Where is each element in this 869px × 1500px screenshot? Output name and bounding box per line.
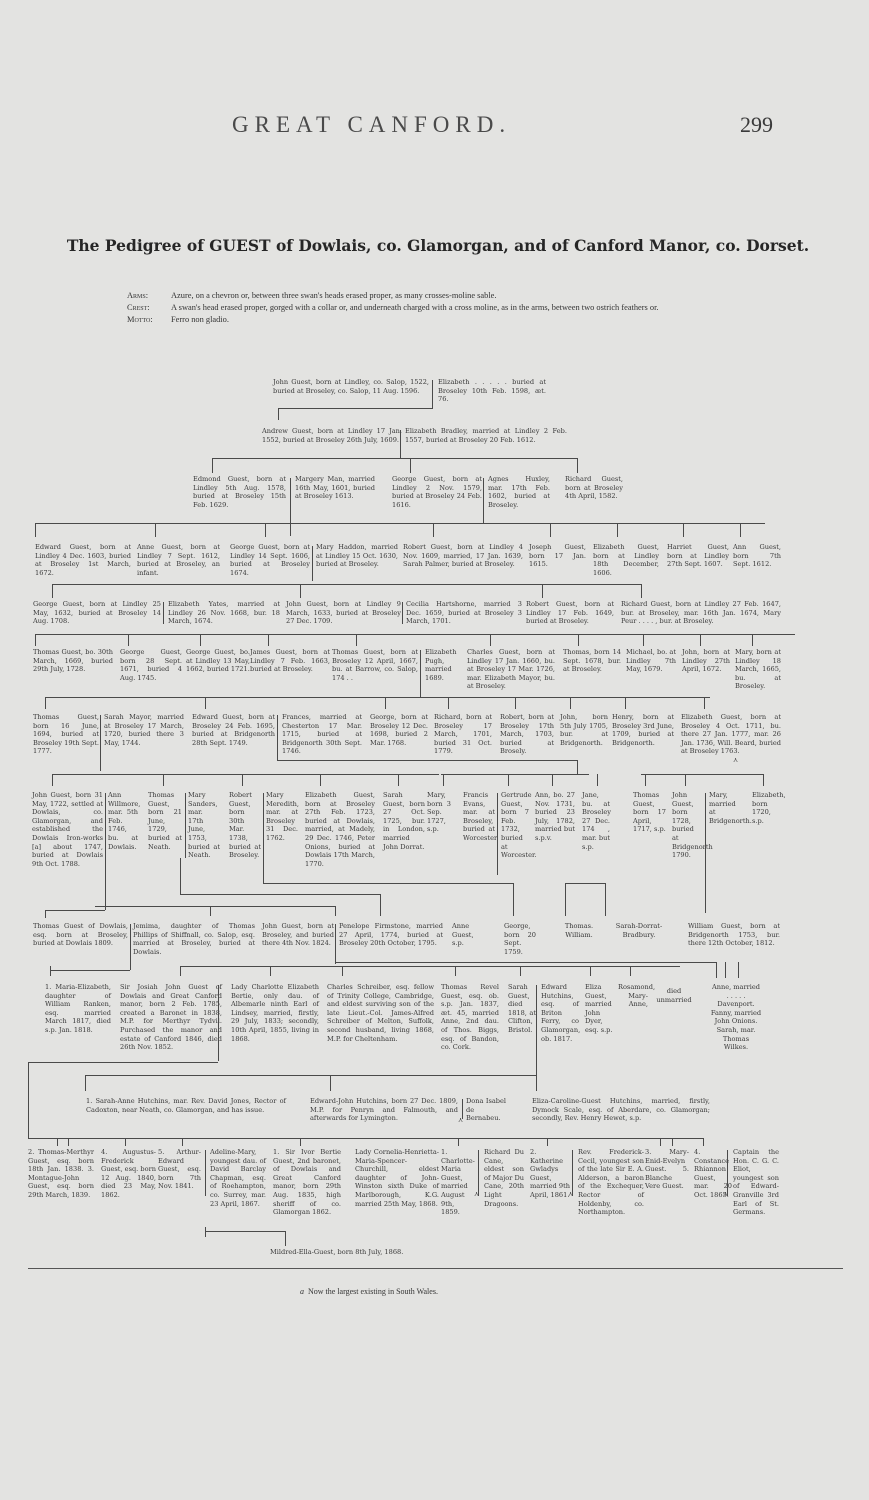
pedigree-connector-line — [57, 1138, 58, 1146]
pedigree-connector-line — [565, 883, 566, 916]
pedigree-connector-line — [212, 458, 213, 473]
person-entry: George Guest, born at Lindley 2 Nov. 157… — [392, 475, 482, 509]
pedigree-connector-line — [277, 715, 278, 760]
person-entry: 4. Augustus-Frederick Guest, esq. born 1… — [101, 1148, 156, 1200]
pedigree-connector-line — [536, 1065, 537, 1075]
footnote-text: Now the largest existing in South Wales. — [308, 1287, 438, 1296]
pedigree-connector-line — [105, 863, 106, 910]
note-entry: died unmarried — [656, 987, 692, 1004]
pedigree-connector-line — [263, 883, 513, 884]
person-entry: George Guest, born at Lindley 14 Sept. 1… — [230, 543, 310, 577]
pedigree-connector-line — [205, 1231, 285, 1232]
person-entry: Robert Guest, born at Lindley 17 Feb. 16… — [526, 600, 614, 626]
crest-text: A swan's head erased proper, gorged with… — [171, 302, 659, 314]
pedigree-connector-line — [536, 985, 537, 1065]
pedigree-connector-line — [356, 634, 357, 646]
pedigree-connector-line — [278, 408, 279, 420]
person-entry: Thomas Guest, born at Broseley 12 April,… — [332, 648, 418, 682]
issue-mark-icon: ⋏ — [458, 1116, 463, 1124]
pedigree-connector-line — [285, 1231, 286, 1246]
person-entry: Thomas Guest, born 16 June, 1694, buried… — [33, 713, 99, 756]
person-entry: John Guest, born 1728, buried at Bridgen… — [672, 791, 702, 860]
pedigree-title: The Pedigree of GUEST of Dowlais, co. Gl… — [58, 236, 818, 255]
person-entry: Ann, bo. 27 Nov. 1731, buried 23 July, 1… — [535, 791, 575, 843]
pedigree-connector-line — [242, 774, 243, 786]
spouse-entry: Mary Sanders, mar. 17th June, 1753, buri… — [188, 791, 220, 860]
person-entry: James Guest, born at Lindley 7 Feb. 1663… — [250, 648, 330, 674]
person-entry: Richard Guest, born at Lindley 27 Feb. 1… — [621, 600, 781, 626]
person-entry: John Guest, born at Lindley, co. Salop, … — [273, 378, 429, 395]
pedigree-connector-line — [590, 966, 591, 976]
spouse-entry: Mary, married at Bridgenorth. — [709, 791, 743, 825]
arms-label: Arms: — [127, 290, 171, 302]
motto-text: Ferro non gladio. — [171, 314, 229, 326]
pedigree-connector-line — [455, 966, 456, 976]
pedigree-connector-line — [28, 1062, 218, 1063]
pedigree-connector-line — [443, 774, 444, 786]
pedigree-connector-line — [180, 858, 181, 894]
person-entry: Francis Evans, mar. at Broseley, buried … — [463, 791, 495, 843]
person-entry: John, born 5th July 1705, bur. at Bridge… — [560, 713, 608, 747]
person-entry: Michael, bo. at Lindley 7th May, 1679. — [626, 648, 676, 674]
pedigree-connector-line — [130, 924, 131, 970]
pedigree-connector-line — [35, 634, 795, 635]
person-entry: John Guest, born 31 May, 1722, settled a… — [32, 791, 103, 868]
pedigree-connector-line — [210, 906, 211, 916]
pedigree-connector-line — [312, 546, 313, 581]
pedigree-connector-line — [577, 760, 578, 774]
spouse-entry: Mary Meredith, mar. at Broseley 31 Dec. … — [266, 791, 298, 843]
heraldry-block: Arms:Azure, on a chevron or, between thr… — [127, 290, 782, 326]
pedigree-connector-line — [630, 966, 631, 976]
pedigree-connector-line — [490, 634, 491, 646]
pedigree-connector-line — [335, 924, 336, 964]
spouse-entry: Dona Isabel de Bernabeu. — [466, 1097, 506, 1123]
pedigree-connector-line — [513, 883, 514, 916]
pedigree-connector-line — [605, 883, 606, 916]
pedigree-connector-line — [100, 715, 101, 771]
person-entry: Sir Josiah John Guest of Dowlais and Gre… — [120, 983, 222, 1052]
person-entry: George, born at Broseley 12 Dec. 1698, b… — [370, 713, 428, 747]
pedigree-connector-line — [385, 697, 386, 709]
person-entry: Mildred-Ella-Guest, born 8th July, 1868. — [270, 1248, 470, 1257]
pedigree-connector-line — [290, 478, 291, 536]
person-entry: Thomas Guest of Dowlais, esq. born at Br… — [33, 922, 128, 948]
person-entry: 1. Sarah-Anne Hutchins, mar. Rev. David … — [86, 1097, 286, 1114]
person-entry: John Guest, born at Lindley 9 March, 163… — [286, 600, 401, 626]
pedigree-connector-line — [763, 774, 764, 786]
spouse-entry: Adeline-Mary, youngest dau. of David Bar… — [210, 1148, 266, 1208]
pedigree-connector-line — [163, 602, 164, 624]
pedigree-connector-line — [85, 1075, 537, 1076]
pedigree-connector-line — [398, 774, 399, 786]
spouse-entry: Lady Charlotte Elizabeth Bertie, only da… — [231, 983, 319, 1043]
pedigree-connector-line — [180, 966, 181, 976]
person-entry: Mary, born 3 Sep. 1727, s.p. — [427, 791, 451, 834]
spouse-entry: Edward Hutchins, esq. of Briton Ferry, c… — [541, 983, 579, 1043]
pedigree-connector-line — [700, 634, 701, 646]
pedigree-connector-line — [380, 894, 381, 916]
person-entry: 3. Mary-Enid-Evelyn Guest. 5. Blanche Ve… — [645, 1148, 689, 1191]
person-entry: Harriet Guest, born at Lindley 27th Sept… — [667, 543, 729, 569]
pedigree-connector-line — [617, 523, 618, 537]
person-entry: Anne, married . . . . . Davenport. Fanny… — [710, 983, 762, 1052]
person-entry: 1. Sir Ivor Bertie Guest, 2nd baronet, o… — [273, 1148, 341, 1217]
spouse-entry: Jemima, daughter of Thomas Phillips of S… — [133, 922, 255, 956]
pedigree-connector-line — [441, 774, 589, 775]
pedigree-connector-line — [85, 1075, 86, 1091]
pedigree-connector-line — [265, 523, 266, 537]
spouse-entry: Agnes Huxley, mar. 17th Feb. 1602, burie… — [488, 475, 550, 509]
footnote-mark: a — [300, 1287, 304, 1296]
pedigree-connector-line — [125, 1138, 126, 1146]
pedigree-connector-line — [270, 966, 271, 976]
pedigree-connector-line — [278, 408, 433, 409]
person-entry: Richard Guest, born at Broseley 4th Apri… — [565, 475, 623, 501]
pedigree-connector-line — [52, 774, 439, 775]
pedigree-connector-line — [740, 523, 741, 537]
pedigree-connector-line — [35, 634, 36, 646]
pedigree-connector-line — [497, 793, 498, 875]
person-entry: Sarah-Dorrat-Bradbury. — [610, 922, 668, 939]
person-entry: George Guest, bo. at Lindley 13 May, 166… — [186, 648, 250, 674]
person-entry: William Guest, born at Bridgenorth 1753,… — [688, 922, 780, 948]
person-entry: Edward Guest, born at Lindley 4 Dec. 160… — [35, 543, 131, 577]
pedigree-connector-line — [703, 1138, 704, 1146]
spouse-entry: Penelope Firmstone, married 27 April, 17… — [339, 922, 443, 948]
pedigree-connector-line — [400, 430, 401, 458]
pedigree-connector-line — [565, 883, 605, 884]
person-entry: Henry, born at Broseley 3rd June, 1709, … — [612, 713, 674, 747]
pedigree-connector-line — [542, 584, 543, 598]
person-entry: Eliza Guest, married John Dyer, esq. s.p… — [585, 983, 613, 1035]
person-entry: Sarah Guest, died 1818, at Clifton, Bris… — [508, 983, 536, 1035]
person-entry: Richard, born at Broseley 17 March, 1701… — [434, 713, 492, 756]
pedigree-connector-line — [683, 523, 684, 537]
pedigree-connector-line — [28, 1062, 29, 1138]
pedigree-connector-line — [738, 962, 739, 978]
pedigree-connector-line — [550, 523, 551, 537]
pedigree-connector-line — [68, 1138, 69, 1146]
person-entry: Edward-John Hutchins, born 27 Dec. 1809,… — [310, 1097, 458, 1123]
pedigree-connector-line — [704, 697, 705, 709]
person-entry: Elizabeth Guest, born at Broseley 27th F… — [305, 791, 375, 868]
spouse-entry: Gertrude Guest, born 7 Feb. 1732, buried… — [501, 791, 529, 860]
pedigree-connector-line — [45, 697, 46, 709]
person-entry: Thomas. William. — [561, 922, 597, 939]
person-entry: Thomas Guest, born 17 April, 1717, s.p. — [633, 791, 666, 834]
issue-mark-icon: ⋏ — [474, 1190, 479, 1198]
footnote: aNow the largest existing in South Wales… — [300, 1287, 438, 1296]
pedigree-connector-line — [752, 634, 753, 646]
pedigree-connector-line — [410, 458, 411, 473]
pedigree-connector-line — [597, 774, 598, 786]
person-entry: 2. Thomas-Merthyr Guest, esq. born 18th … — [28, 1148, 94, 1200]
person-entry: George Guest, born 28 Sept. 1671, buried… — [120, 648, 182, 682]
pedigree-connector-line — [205, 1150, 206, 1196]
issue-mark-icon: ⋏ — [723, 1190, 728, 1198]
person-entry: 1. Maria-Elizabeth, daughter of William … — [45, 983, 111, 1035]
person-entry: Thomas Revel Guest, esq. ob. s.p. Jan. 1… — [441, 983, 499, 1052]
person-entry: George, born 20 Sept. 1759. — [504, 922, 536, 956]
pedigree-connector-line — [45, 910, 105, 911]
person-entry: Anne Guest, born at Lindley 7 Sept. 1612… — [137, 543, 220, 577]
person-entry: Robert Guest, born at Lindley 4 Nov. 160… — [403, 543, 523, 569]
pedigree-connector-line — [433, 523, 434, 537]
pedigree-connector-line — [185, 793, 186, 858]
person-entry: 5. Arthur-Edward Guest, esq. born 7th No… — [158, 1148, 201, 1191]
pedigree-connector-line — [420, 650, 421, 697]
pedigree-connector-line — [578, 634, 579, 646]
spouse-entry: Sarah Mayor, married at Broseley 17 Marc… — [104, 713, 184, 747]
spouse-entry: Charles Schreiber, esq. fellow of Trinit… — [327, 983, 434, 1043]
spouse-entry: Lady Cornelia-Henrietta-Maria-Spencer-Ch… — [355, 1148, 439, 1208]
pedigree-connector-line — [643, 634, 644, 646]
pedigree-connector-line — [155, 523, 156, 537]
pedigree-connector-line — [180, 966, 680, 967]
spouse-entry: Elizabeth Bradley, married at Lindley 2 … — [405, 427, 567, 444]
person-entry: Ann Guest, born 7th Sept. 1612. — [733, 543, 781, 569]
person-entry: Edmond Guest, born at Lindley 5th Aug. 1… — [193, 475, 286, 509]
person-entry: Thomas, born 14 Sept. 1678, bur. at Bros… — [563, 648, 621, 674]
pedigree-connector-line — [300, 1138, 301, 1146]
person-entry: Robert Guest, born 30th Mar. 1738, burie… — [229, 791, 261, 860]
spouse-entry: Mary Haddon, married at Lindley 15 Oct. … — [316, 543, 398, 569]
pedigree-connector-line — [180, 894, 380, 895]
pedigree-connector-line — [725, 962, 726, 978]
pedigree-connector-line — [300, 584, 301, 598]
running-title: GREAT CANFORD. — [232, 112, 511, 138]
issue-mark-icon: ⋏ — [733, 756, 738, 764]
person-entry: Thomas Guest, born 21 June, 1729, buried… — [148, 791, 182, 851]
person-entry: Elizabeth, born 1720, s.p. — [752, 791, 780, 825]
person-entry: Rosamond, Mary-Anne, — [618, 983, 648, 1009]
pedigree-connector-line — [705, 793, 706, 913]
pedigree-connector-line — [205, 697, 206, 709]
pedigree-connector-line — [645, 774, 646, 786]
pedigree-connector-line — [28, 1138, 703, 1139]
pedigree-connector-line — [641, 584, 642, 598]
pedigree-connector-line — [483, 478, 484, 523]
pedigree-connector-line — [163, 774, 164, 786]
crest-label: Crest: — [127, 302, 171, 314]
pedigree-connector-line — [342, 966, 343, 976]
person-entry: Joseph Guest, born 17 Jan. 1615. — [529, 543, 586, 569]
person-entry: Robert, born at Broseley 17th March, 170… — [500, 713, 554, 756]
pedigree-connector-line — [577, 458, 578, 473]
pedigree-connector-line — [432, 380, 433, 408]
pedigree-connector-line — [672, 1138, 673, 1146]
person-entry: Edward Guest, born at Broseley 24 Feb. 1… — [192, 713, 275, 747]
pedigree-connector-line — [520, 966, 521, 976]
pedigree-connector-line — [547, 1138, 548, 1146]
pedigree-connector-line — [277, 760, 577, 761]
pedigree-connector-line — [685, 774, 686, 786]
pedigree-connector-line — [52, 584, 642, 585]
pedigree-connector-line — [552, 774, 553, 786]
person-entry: John Guest, born at Broseley, and buried… — [262, 922, 334, 948]
person-entry: Eliza-Caroline-Guest Hutchins, married, … — [532, 1097, 710, 1123]
pedigree-connector-line — [52, 584, 53, 598]
person-entry: Sarah Guest, born 27 Oct. 1725, bur. in … — [383, 791, 425, 851]
arms-text: Azure, on a chevron or, between three sw… — [171, 290, 496, 302]
spouse-entry: Captain the Hon. C. G. C. Eliot, younges… — [733, 1148, 779, 1217]
spouse-entry: Ann Willmore, mar. 5th Feb. 1746, bu. at… — [108, 791, 138, 851]
page-number: 299 — [740, 112, 773, 138]
pedigree-connector-line — [212, 458, 578, 459]
pedigree-connector-line — [35, 523, 36, 537]
pedigree-connector-line — [536, 1075, 537, 1091]
spouse-entry: Frances, married at Chesterton 17 Mar. 1… — [282, 713, 362, 756]
person-entry: Andrew Guest, born at Lindley 17 Jan. 15… — [262, 427, 402, 444]
spouse-entry: Richard Du Cane, eldest son of Major Du … — [484, 1148, 524, 1208]
pedigree-connector-line — [515, 697, 516, 709]
spouse-entry: Elizabeth Pugh, married 1689. — [425, 648, 463, 682]
person-entry: 2. Katherine Gwladys Guest, married 9th … — [530, 1148, 570, 1200]
pedigree-connector-line — [335, 906, 336, 916]
pedigree-connector-line — [268, 634, 269, 646]
pedigree-connector-line — [182, 1138, 183, 1146]
pedigree-connector-line — [625, 697, 626, 709]
pedigree-connector-line — [218, 985, 219, 1061]
pedigree-connector-line — [335, 962, 717, 963]
spouse-entry: Elizabeth Yates, married at Lindley 26 N… — [168, 600, 280, 626]
pedigree-connector-line — [660, 1138, 661, 1146]
pedigree-connector-line — [508, 774, 509, 786]
pedigree-connector-line — [641, 774, 764, 775]
person-entry: Charles Guest, born at Lindley 17 Jan. 1… — [467, 648, 555, 691]
pedigree-connector-line — [570, 697, 571, 709]
person-entry: George Guest, born at Lindley 25 May, 16… — [33, 600, 161, 626]
person-entry: 1. Charlotte-Maria Guest, married August… — [441, 1148, 475, 1217]
pedigree-connector-line — [320, 774, 321, 786]
issue-mark-icon: ⋏ — [568, 1190, 573, 1198]
pedigree-connector-line — [50, 970, 130, 971]
spouse-entry: Rev. Frederick-Cecil, youngest son of th… — [578, 1148, 644, 1217]
person-entry: Thomas Guest, bo. 30th March, 1669, buri… — [33, 648, 113, 674]
person-entry: Elizabeth Guest, born at Broseley 4 Oct.… — [681, 713, 781, 756]
pedigree-connector-line — [52, 774, 53, 786]
pedigree-connector-line — [128, 634, 129, 646]
person-entry: John, born at Lindley 27th April, 1672. — [682, 648, 730, 674]
spouse-entry: Margery Man, married 16th May, 1601, bur… — [295, 475, 375, 501]
motto-label: Motto: — [127, 314, 171, 326]
pedigree-connector-line — [263, 793, 264, 883]
pedigree-connector-line — [716, 962, 717, 978]
pedigree-connector-line — [448, 697, 449, 709]
pedigree-connector-line — [458, 1138, 459, 1146]
pedigree-connector-line — [35, 523, 765, 524]
footnote-rule — [28, 1268, 843, 1269]
person-entry: Elizabeth Guest, born at Lindley 18th De… — [593, 543, 659, 577]
spouse-entry: Elizabeth . . . . . buried at Broseley 1… — [438, 378, 546, 404]
pedigree-connector-line — [105, 793, 106, 863]
pedigree-connector-line — [330, 1075, 331, 1091]
pedigree-connector-line — [402, 602, 403, 624]
pedigree-connector-line — [50, 966, 51, 976]
pedigree-connector-line — [45, 697, 710, 698]
person-entry: Anne Guest, s.p. — [452, 922, 478, 948]
person-entry: Mary, born at Lindley 18 March, 1665, bu… — [735, 648, 781, 691]
pedigree-connector-line — [95, 906, 335, 907]
pedigree-connector-line — [200, 634, 201, 646]
person-entry: Jane, bu. at Broseley 27 Dec. 174 , mar.… — [582, 791, 610, 851]
spouse-entry: Cecilia Hartshorne, married 3 Dec. 1659,… — [406, 600, 522, 626]
